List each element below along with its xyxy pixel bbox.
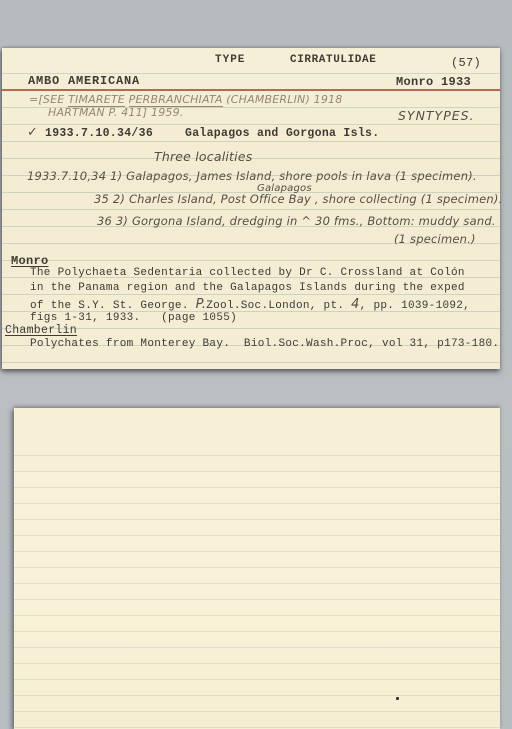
monro-line3-handwritten-insert: P. [196, 297, 207, 312]
card-type-label: TYPE [215, 54, 245, 66]
top-index-card: TYPE CIRRATULIDAE (57) AMBO AMERICANA Mo… [2, 48, 500, 369]
monro-heading: Monro [11, 254, 49, 268]
monro-reference-line-1: The Polychaeta Sedentaria collected by D… [30, 267, 465, 279]
chamberlin-reference-line-1: Polychates from Monterey Bay. Biol.Soc.W… [30, 338, 499, 350]
locality-entry-3: 36 3) Gorgona Island, dredging in ^ 30 f… [97, 214, 496, 228]
localities-heading: Three localities [154, 149, 252, 164]
monro-line3-typed-mid: Zool.Soc.London, pt. [206, 300, 351, 312]
monro-line3-typed-start: of the S.Y. St. George. [30, 300, 196, 312]
bottom-index-card [14, 408, 500, 729]
synonymy-genus: TIMARETE [68, 93, 125, 107]
locality-entry-3-count: (1 specimen.) [394, 232, 476, 246]
locality-summary: Galapagos and Gorgona Isls. [185, 127, 379, 140]
monro-reference-line-4: figs 1-31, 1933. (page 1055) [30, 312, 237, 324]
synonymy-species: PERBRANCHIATA [129, 93, 223, 107]
taxon-author-year: Monro 1933 [396, 75, 471, 89]
monro-line3-typed-end: , pp. 1039-1092, [360, 300, 470, 312]
registration-number: 1933.7.10.34/36 [45, 127, 153, 140]
red-rule-line [2, 89, 500, 91]
chamberlin-heading: Chamberlin [5, 324, 77, 337]
monro-reference-line-2: in the Panama region and the Galapagos I… [30, 282, 465, 294]
ruled-lines [14, 455, 500, 729]
card-family-label: CIRRATULIDAE [290, 54, 376, 66]
ink-speck [396, 697, 399, 700]
scan-background: TYPE CIRRATULIDAE (57) AMBO AMERICANA Mo… [0, 0, 512, 729]
locality-entry-1: 1933.7.10,34 1) Galapagos, James Island,… [27, 169, 477, 183]
monro-reference-line-3: of the S.Y. St. George. P.Zool.Soc.Londo… [30, 297, 470, 312]
type-status: SYNTYPES. [398, 108, 475, 123]
locality-entry-2: 35 2) Charles Island, Post Office Bay , … [94, 192, 502, 206]
taxon-name: AMBO AMERICANA [28, 74, 140, 88]
synonymy-reference: HARTMAN P. 411] 1959. [48, 106, 184, 119]
synonymy-author-year: (CHAMBERLIN) 1918 [223, 93, 343, 106]
checkmark: ✓ [27, 125, 38, 140]
synonymy-prefix: =[SEE [29, 93, 68, 106]
card-number: (57) [451, 56, 481, 70]
monro-line3-handwritten-part: 4 [351, 297, 359, 312]
synonymy-line: =[SEE TIMARETE PERBRANCHIATA (CHAMBERLIN… [29, 93, 342, 106]
